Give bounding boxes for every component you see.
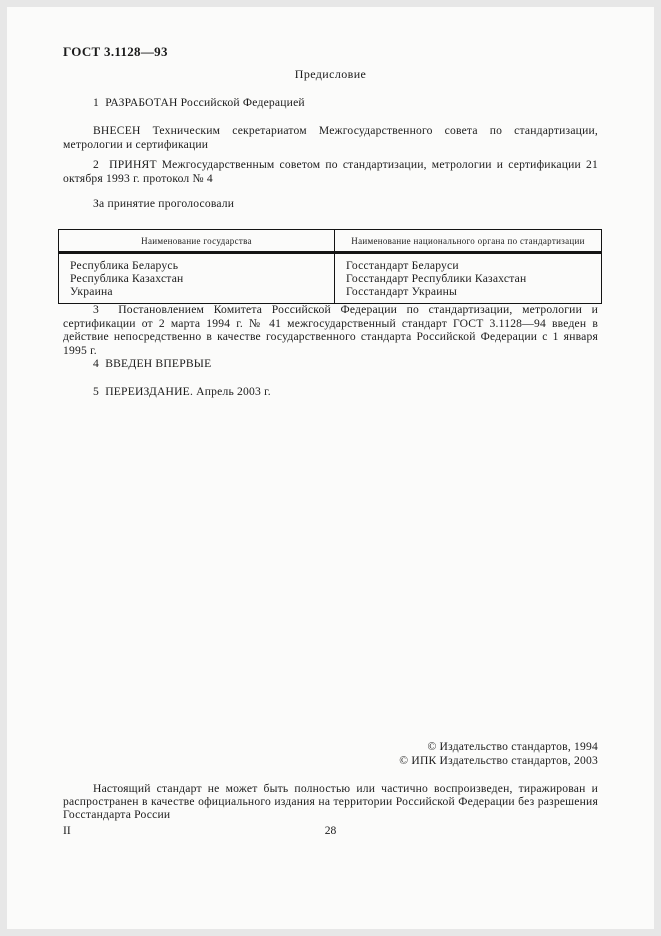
table-row: Украина Госстандарт Украины [59, 285, 602, 304]
copyright-block: © Издательство стандартов, 1994 © ИПК Из… [63, 740, 598, 767]
paragraph-vveden: 4 ВВЕДЕН ВПЕРВЫЕ [63, 357, 598, 371]
voting-table-header: Наименование государства Наименование на… [59, 230, 602, 253]
paragraph-razrabotan: 1 РАЗРАБОТАН Российской Федерацией [63, 96, 598, 110]
paragraph-pereizdanie: 5 ПЕРЕИЗДАНИЕ. Апрель 2003 г. [63, 385, 598, 399]
paragraph-vnesen: ВНЕСЕН Техническим секретариатом Межгосу… [63, 124, 598, 151]
table-cell-agency: Госстандарт Украины [335, 285, 602, 304]
page-number: 28 [0, 824, 661, 837]
table-header-country: Наименование государства [59, 230, 335, 253]
table-header-row: Наименование государства Наименование на… [59, 230, 602, 253]
paragraph-voting-intro: За принятие проголосовали [63, 197, 598, 211]
paragraph-prinyat: 2 ПРИНЯТ Межгосударственным советом по с… [63, 158, 598, 185]
legal-notice: Настоящий стандарт не может быть полност… [63, 782, 598, 822]
table-cell-country: Республика Казахстан [59, 272, 335, 285]
page-title: Предисловие [63, 67, 598, 82]
table-cell-country: Украина [59, 285, 335, 304]
paragraph-postanovlenie: 3 Постановлением Комитета Российской Фед… [63, 303, 598, 357]
table-header-agency: Наименование национального органа по ста… [335, 230, 602, 253]
table-cell-country: Республика Беларусь [59, 253, 335, 273]
voting-table-body: Республика Беларусь Госстандарт Беларуси… [59, 253, 602, 304]
copyright-line: © Издательство стандартов, 1994 [63, 740, 598, 754]
copyright-line: © ИПК Издательство стандартов, 2003 [63, 754, 598, 768]
table-row: Республика Казахстан Госстандарт Республ… [59, 272, 602, 285]
table-cell-agency: Госстандарт Беларуси [335, 253, 602, 273]
table-cell-agency: Госстандарт Республики Казахстан [335, 272, 602, 285]
voting-table: Наименование государства Наименование на… [58, 229, 602, 304]
document-page: ГОСТ 3.1128—93 Предисловие 1 РАЗРАБОТАН … [0, 0, 661, 936]
table-row: Республика Беларусь Госстандарт Беларуси [59, 253, 602, 273]
doc-code: ГОСТ 3.1128—93 [63, 44, 168, 60]
